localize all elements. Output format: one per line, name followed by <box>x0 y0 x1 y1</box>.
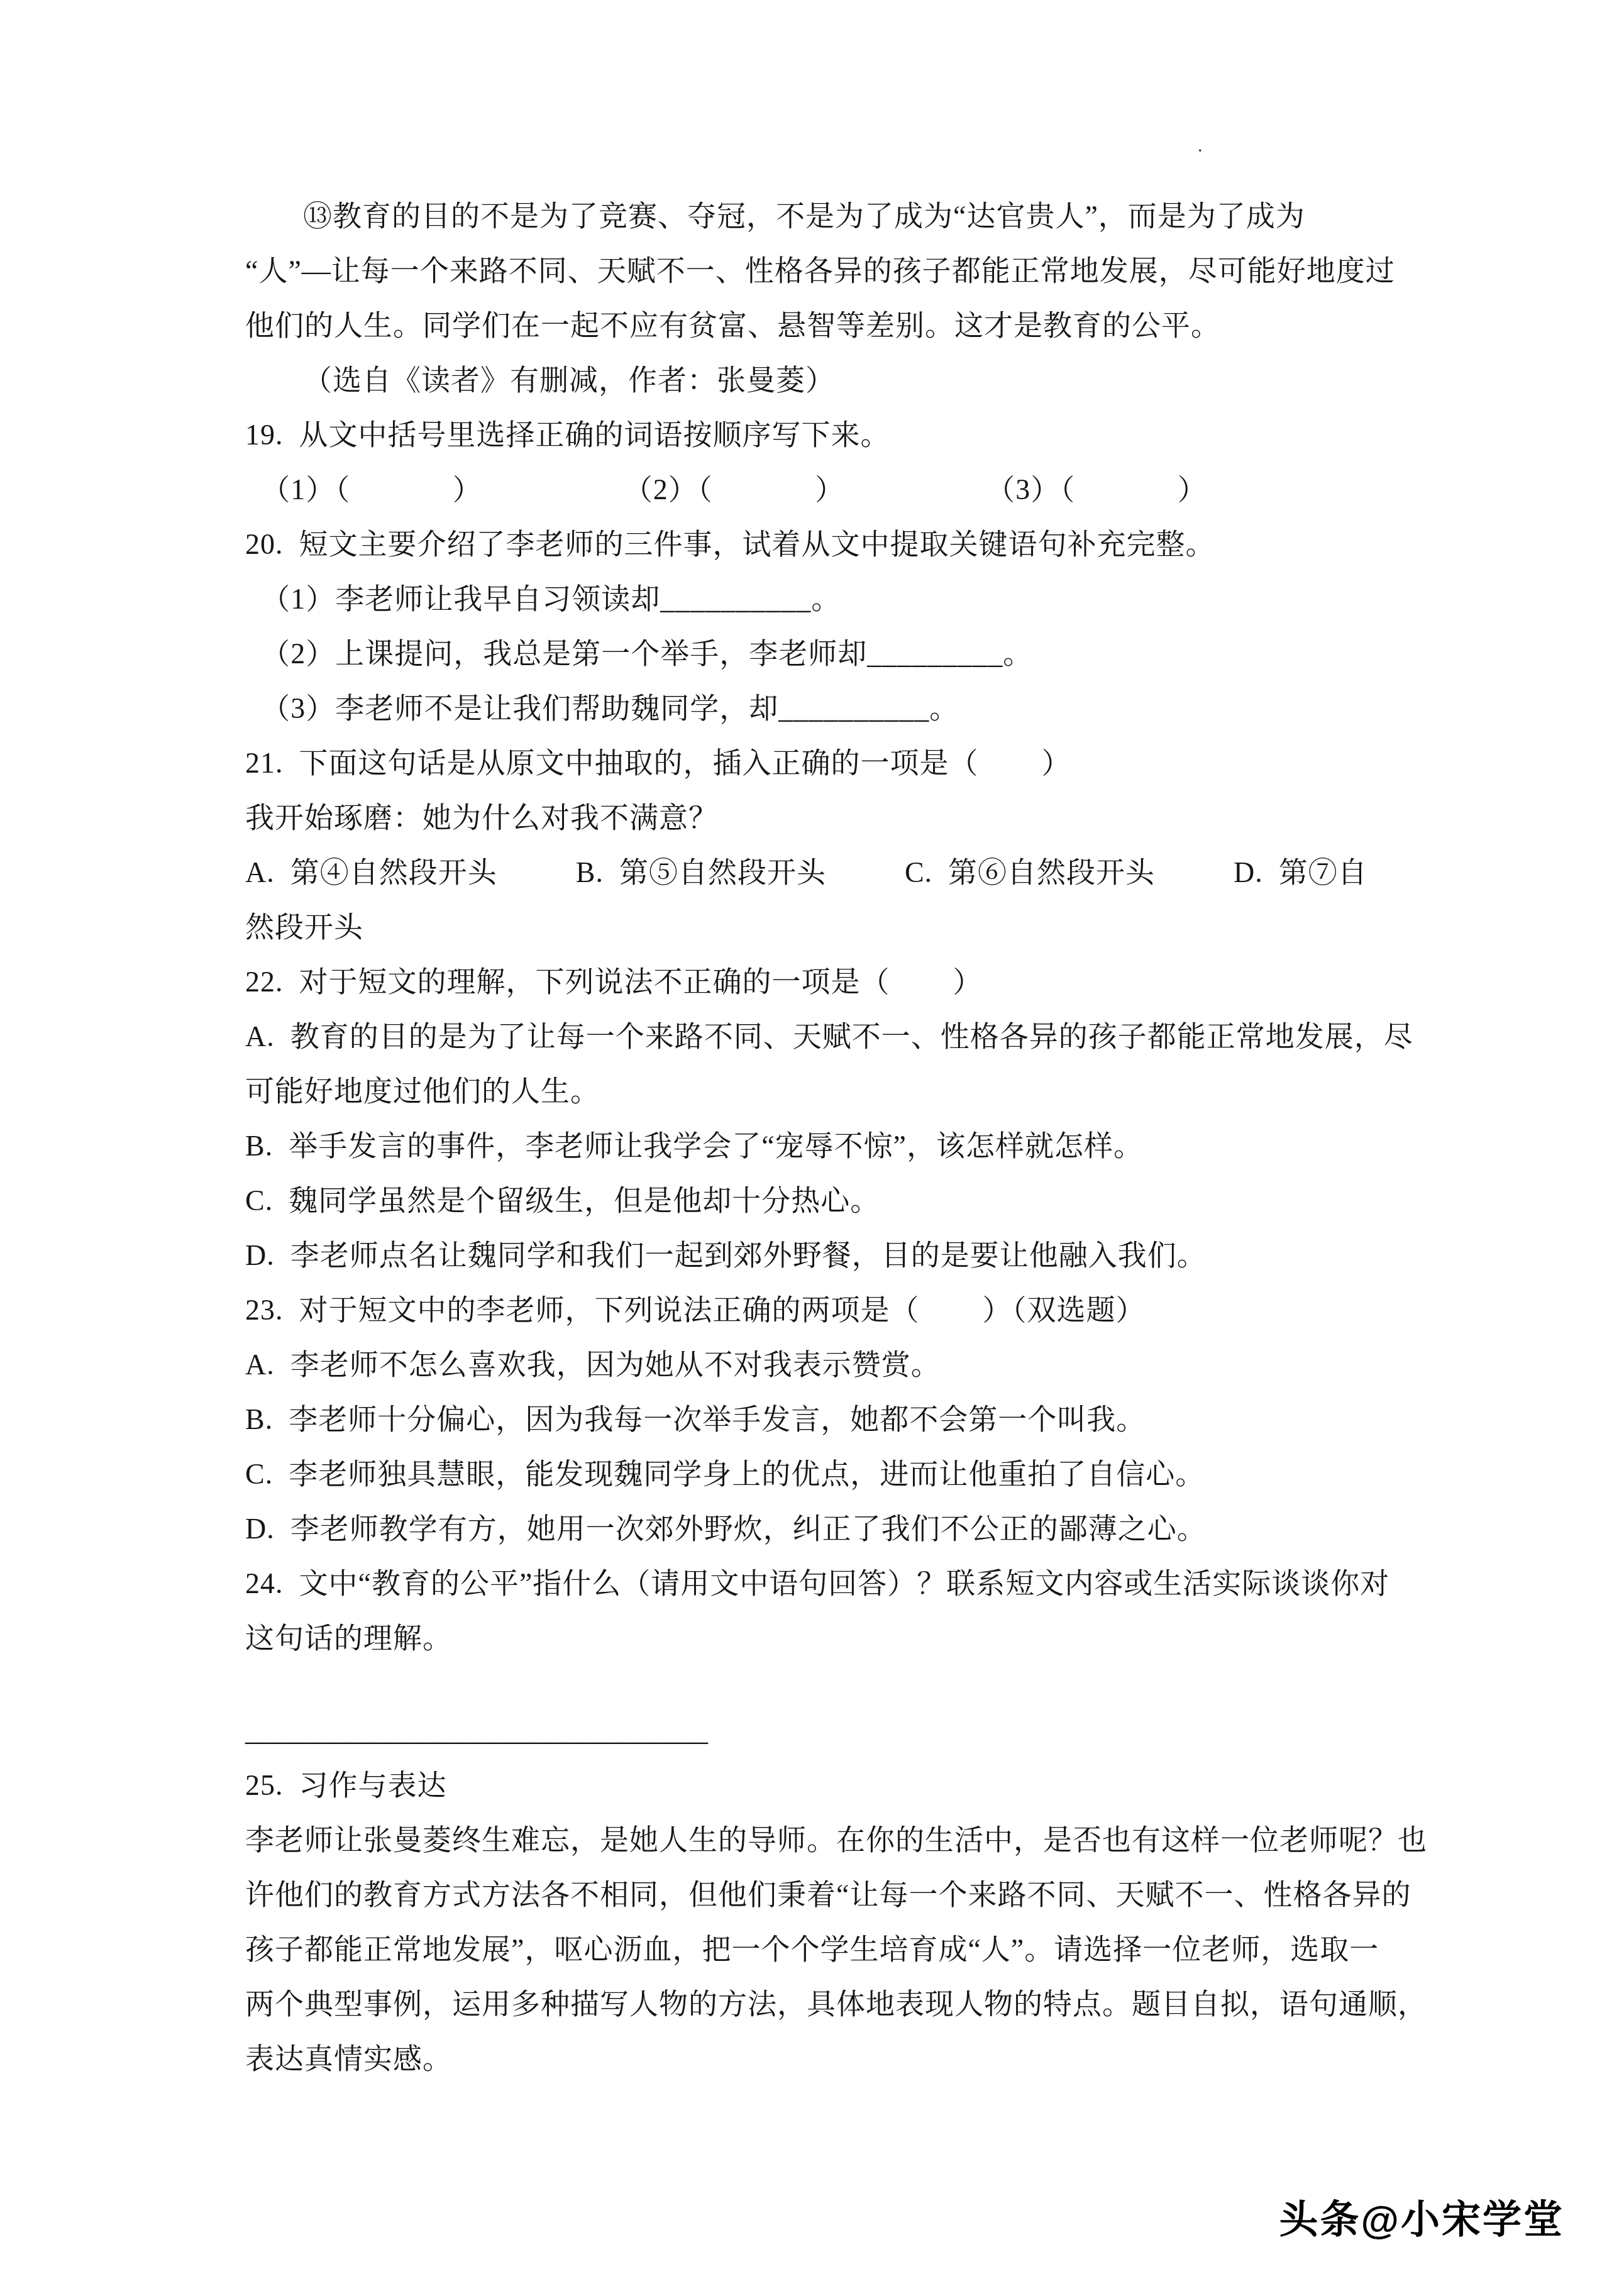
q19-stem: 19. 从文中括号里选择正确的词语按顺序写下来。 <box>245 407 1415 462</box>
stray-dot-mark: . <box>1198 135 1203 157</box>
q22-stem: 22. 对于短文的理解，下列说法不正确的一项是（ ） <box>245 954 1415 1009</box>
q22-option-a-line2: 可能好地度过他们的人生。 <box>245 1064 1415 1118</box>
toutiao-watermark: 头条@小宋学堂 <box>1279 2188 1564 2244</box>
passage-para13-line2: “人”—让每一个来路不同、天赋不一、性格各异的孩子都能正常地发展，尽可能好地度过 <box>245 243 1415 298</box>
q21-options-line2: 然段开头 <box>245 900 1415 954</box>
q21-options-line1: A. 第④自然段开头 B. 第⑤自然段开头 C. 第⑥自然段开头 D. 第⑦自 <box>245 845 1415 900</box>
q21-quoted-sentence: 我开始琢磨：她为什么对我不满意？ <box>245 790 1415 845</box>
passage-para13-line1: ⑬教育的目的不是为了竞赛、夺冠，不是为了成为“达官贵人”，而是为了成为 <box>245 189 1415 243</box>
q25-body-line3: 孩子都能正常地发展”，呕心沥血，把一个个学生培育成“人”。请选择一位老师，选取一 <box>245 1922 1415 1977</box>
q21-stem: 21. 下面这句话是从原文中抽取的，插入正确的一项是（ ） <box>245 736 1415 790</box>
q24-stem-line1: 24. 文中“教育的公平”指什么（请用文中语句回答）？联系短文内容或生活实际谈谈… <box>245 1556 1415 1611</box>
q25-body-line5: 表达真情实感。 <box>245 2031 1415 2086</box>
q20-stem: 20. 短文主要介绍了李老师的三件事，试着从文中提取关键语句补充完整。 <box>245 517 1415 571</box>
q19-answer-blanks: （1）（ ） （2）（ ） （3）（ ） <box>245 462 1415 517</box>
passage-para13-line3: 他们的人生。同学们在一起不应有贫富、悬智等差别。这才是教育的公平。 <box>245 298 1415 353</box>
q23-option-c: C. 李老师独具慧眼，能发现魏同学身上的优点，进而让他重拍了自信心。 <box>245 1447 1415 1501</box>
q20-item-2: （2）上课提问，我总是第一个举手，李老师却_________。 <box>245 626 1415 681</box>
exam-page: ⑬教育的目的不是为了竞赛、夺冠，不是为了成为“达官贵人”，而是为了成为 “人”—… <box>245 189 1415 2086</box>
q24-stem-line2: 这句话的理解。 <box>245 1611 1415 1665</box>
q25-title: 25. 习作与表达 <box>245 1758 1415 1813</box>
q23-option-b: B. 李老师十分偏心，因为我每一次举手发言，她都不会第一个叫我。 <box>245 1392 1415 1447</box>
q20-item-3: （3）李老师不是让我们帮助魏同学，却__________。 <box>245 681 1415 736</box>
q23-option-a: A. 李老师不怎么喜欢我，因为她从不对我表示赞赏。 <box>245 1337 1415 1392</box>
passage-source-line: （选自《读者》有删减，作者：张曼菱） <box>245 353 1415 407</box>
q23-stem: 23. 对于短文中的李老师，下列说法正确的两项是（ ）（双选题） <box>245 1283 1415 1337</box>
q24-answer-line: ________________________________ <box>245 1703 1415 1758</box>
q23-option-d: D. 李老师教学有方，她用一次郊外野炊，纠正了我们不公正的鄙薄之心。 <box>245 1501 1415 1556</box>
q22-option-a-line1: A. 教育的目的是为了让每一个来路不同、天赋不一、性格各异的孩子都能正常地发展，… <box>245 1009 1415 1064</box>
q22-option-c: C. 魏同学虽然是个留级生，但是他却十分热心。 <box>245 1173 1415 1228</box>
q22-option-d: D. 李老师点名让魏同学和我们一起到郊外野餐，目的是要让他融入我们。 <box>245 1228 1415 1283</box>
q25-body-line2: 许他们的教育方式方法各不相同，但他们秉着“让每一个来路不同、天赋不一、性格各异的 <box>245 1867 1415 1922</box>
q20-item-1: （1）李老师让我早自习领读却__________。 <box>245 571 1415 626</box>
q25-body-line1: 李老师让张曼菱终生难忘，是她人生的导师。在你的生活中，是否也有这样一位老师呢？也 <box>245 1813 1415 1867</box>
q25-body-line4: 两个典型事例，运用多种描写人物的方法，具体地表现人物的特点。题目自拟，语句通顺， <box>245 1977 1415 2031</box>
q22-option-b: B. 举手发言的事件，李老师让我学会了“宠辱不惊”，该怎样就怎样。 <box>245 1118 1415 1173</box>
